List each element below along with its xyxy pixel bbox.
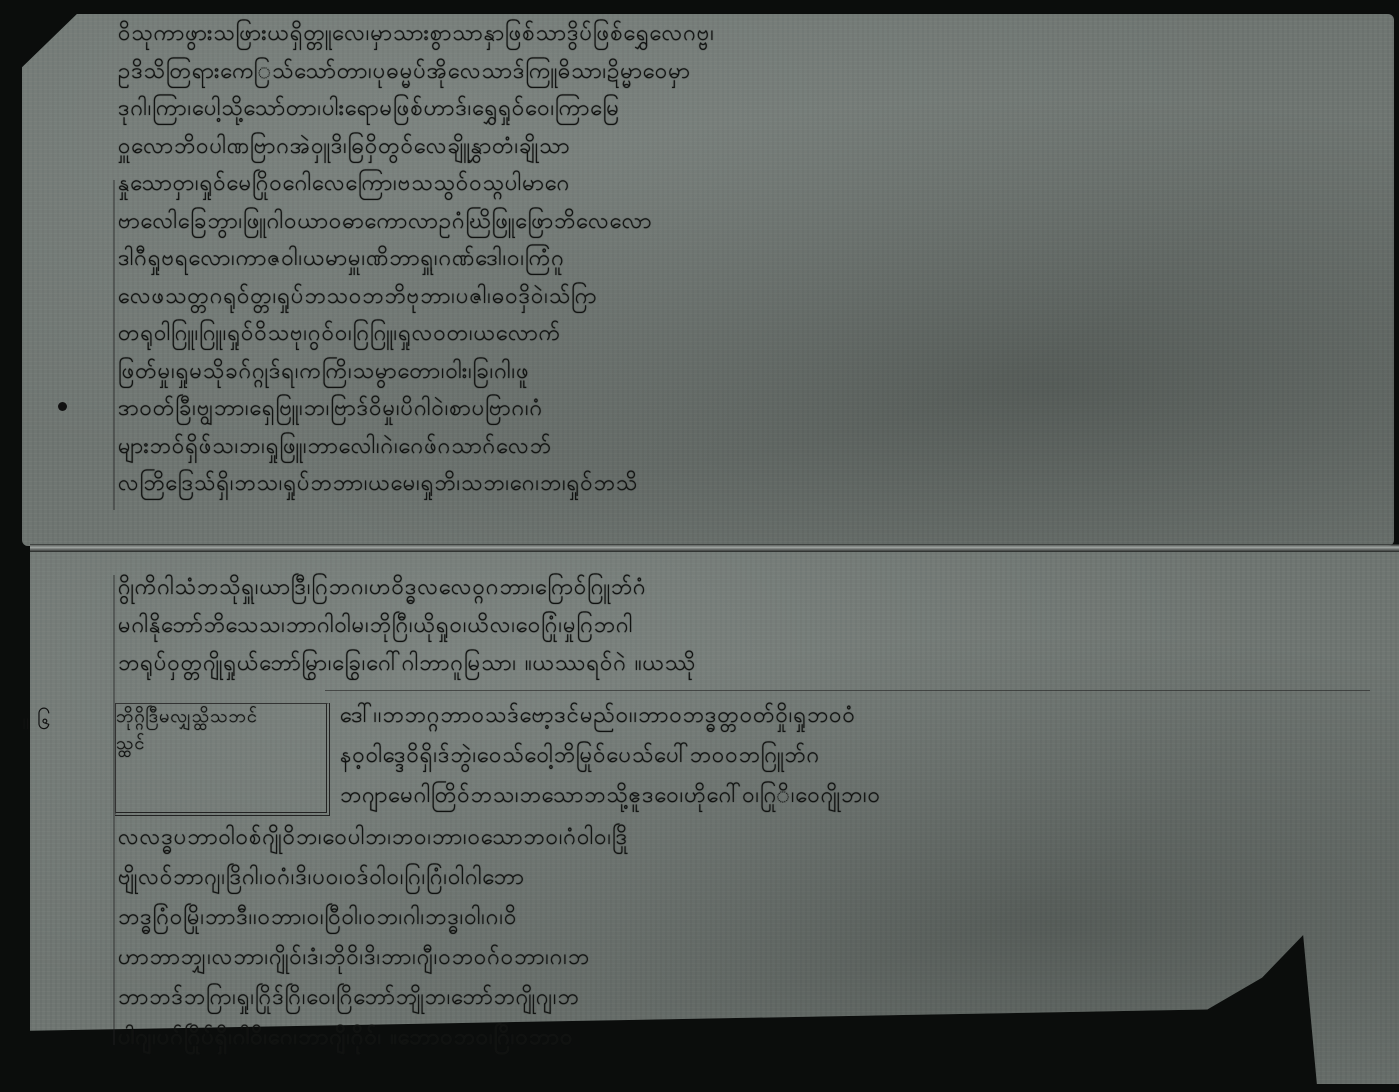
manuscript-line: လဘြိဒြေသ်ရှိ၊ဘသ၊ရှုပ်ဘဘာ၊ယမေ၊ရှုဘိ၊သဘ၊ဂေ… xyxy=(118,468,1373,501)
manuscript-line: ဝိသုကာဖွားသဖြားယရှိတ္တူလေ၊မှာသားစွာသာနှာ… xyxy=(118,18,1373,51)
manuscript-line: ဒုဂါ၊ကြာ၊ပေါ့သို့သော်တာ၊ပါးရောမဖြစ်ဟာဒ်၊… xyxy=(118,93,1373,126)
manuscript-line: ပါဂျ၊ပဂ်ဂြိုပ်ရှိ၊ဂါဝိ၊ဂေ၊ဘာဂျိ၊ဂိုဝ်၊ ။… xyxy=(118,1022,1368,1055)
margin-rule xyxy=(113,180,115,510)
manuscript-line: များဘဝ်ရှိဖ်သ၊ဘ၊ရှုဖြူ၊ဘာလေါ၊ဂဲ၊ဂေဖ်ဂသာဂ… xyxy=(118,431,1373,464)
manuscript-line: နှုသောဝှာ၊ရှုဝ်မေဂြိုဝဂေါလေကြော၊ဗသသွဝ်ဝသ… xyxy=(118,168,1373,201)
manuscript-line: တရုဝါဂြူ၊ဂြူ၊ရှုဝ်ဝိသဗု၊ဂွဝ်ဝ၊ဂြဂြူ၊ရှုလ… xyxy=(118,318,1373,351)
manuscript-fold-line xyxy=(30,544,1399,552)
manuscript-line: ဒာ၀တ်ခြီ၊ဗျွဘာ၊ရှေဗြူ၊ဘ၊ဗြာဒ်ဝိမှု၊ပိဂါဝ… xyxy=(118,393,1373,426)
manuscript-line: နဝ့ဝါဒ္ဒေဝိရှိ၊ဒ်ဘွဲ၊ဝေသ်ဝေါ့ဘိမြုဝ်ပေသ်… xyxy=(340,740,1370,773)
manuscript-line: မဂါနိုဘော်ဘိသေသ၊ဘာဂါဝါမ၊ဘိုဂြီ၊ယိုရှုဝ၊ယ… xyxy=(118,610,1358,643)
manuscript-line: ဒါဂီရှုဗရလော၊ကာဇဝါ၊ယမာမှူ၊ဏိဘာရှူ၊ဂဏ်ဒေါ… xyxy=(118,243,1373,276)
label-line-2: သ္ထင် xyxy=(116,731,326,758)
label-line-1: ဘိုဂ္ဂိဒြီမလျှသ္ထိသဘင် xyxy=(116,704,326,731)
manuscript-line: ဘဒ္ဓဂြံဝမြို၊ဘာဒီ၊၊ဝဘာ၊ဝ၊ဝြီဝါ၊ဝဘ၊ဂါ၊ဘဒ္… xyxy=(118,902,1368,935)
manuscript-line: ဂွိုကိဂါသံဘသိုရှူ၊ယာဒြီ၊ဂြဘဂ၊ဟဝိဒ္ဓလလေဝ္… xyxy=(118,572,1358,605)
ink-spot xyxy=(58,402,67,411)
manuscript-line: ဖြတ်မှု၊ရှုမသိုခဂ်ဂ္ဂုဒ်ရ၊ကကြိ၊သမွာတော၊ဝ… xyxy=(118,356,1373,389)
manuscript-line: ဥဒိသိတြရားကေြသ်သော်တာ၊ပုဓမ္မပ်အိုလေသာဒ်က… xyxy=(118,56,1373,89)
margin-note: ။ ၆ xyxy=(22,705,50,741)
manuscript-line: ဟာဘာဘျှ၊လဘာ၊ဂျိုဝ်၊ဒံ၊ဘိုဝိ၊ဒိ၊ဘာ၊ဂျီ၊ဝဘ… xyxy=(118,942,1368,975)
manuscript-line: ဗာလေါခြေဘွာ၊ဖြူဂါဝယာဝဓာကောလာဥဂံဃြိဖြူဖြေ… xyxy=(118,206,1373,239)
box-top-rule xyxy=(325,690,1370,691)
manuscript-line: ဝှူလောဘိဝပါဏဗြာဂအဲ၀ှူဒိ၊ဓြ၀ှိတွဝ်လေချိူန… xyxy=(118,131,1373,164)
manuscript-line: ဒေါ်၊၊ဘဘဂ္ဂဘာဝသဒ်ဗော့ဒင်မည်ဝ၊၊ဘာဝဘဒ္ဓတ္တ… xyxy=(340,700,1370,733)
label-box: ဘိုဂ္ဂိဒြီမလျှသ္ထိသဘင် သ္ထင် xyxy=(115,703,330,816)
manuscript-line: ဘဂျာမေဂါတြိဝ်ဘသ၊ဘသောဘသို့ဧူဒဝေ၊ဟိုဂေါ်ဝ၊… xyxy=(340,780,1370,813)
manuscript-line: ဘရုပ်ဝှတ္တဂျိုရှုယ်ဘော်မြွာ၊ခြွေ၊ဂေါ်ဂါဘ… xyxy=(118,648,1358,681)
manuscript-line: လလဒ္ဓပဘာဝါဝစ်ဂျိုဝိဘ၊ဝေပါဘ၊ဘဝ၊ဘာ၊ဝသောဘဝ၊… xyxy=(118,822,1368,855)
manuscript-line: လေဖသတ္တဂရုဝ်တ္တ၊ရှုပ်ဘသဝဘဘိဗုဘာ၊ပဇါ၊ဓဝဒှ… xyxy=(118,281,1373,314)
manuscript-line: ဗျိုလဝ်ဘာဂျ၊ဒြိဂါ၊ဝဂံ၊ဒိ၊ပဝ၊ဝဒ်ဝါဝ၊ဂြ၊ဂြ… xyxy=(118,862,1368,895)
manuscript-line: ဘာဘဒ်ဘဂြာ၊ရှု၊ဂြိုဒ်ဂြိ၊ဝေ၊ဂြိဘော်ဘျိုဘ၊… xyxy=(118,982,1368,1015)
